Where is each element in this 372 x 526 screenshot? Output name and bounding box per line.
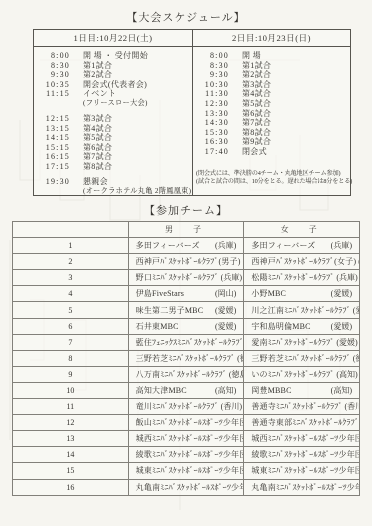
team-men-cell: 高知大津MBC(高知) bbox=[128, 382, 244, 398]
team-women-inner: 岡豊MBBC(高知) bbox=[247, 385, 356, 396]
schedule-row: 15:30第8試合 bbox=[193, 128, 350, 138]
team-women-inner: 西神戸ﾊﾞｽｹｯﾄﾎﾞｰﾙｸﾗﾌﾞ(女子)(兵庫) bbox=[247, 256, 356, 267]
schedule-event: 第6試合 bbox=[83, 143, 112, 153]
team-men-inner: 城東ﾐﾆﾊﾞｽｹｯﾄﾎﾞｰﾙｽﾎﾟｰﾂ少年団(丸亀) bbox=[132, 465, 241, 476]
team-men-inner: 高知大津MBC(高知) bbox=[132, 385, 241, 396]
team-women-cell: 善通寺ﾐﾆﾊﾞｽｹｯﾄﾎﾞｰﾙｸﾗﾌﾞ(香川) bbox=[244, 399, 360, 415]
schedule-row: 8:30第1試合 bbox=[193, 61, 350, 71]
team-row: 13城西ﾐﾆﾊﾞｽｹｯﾄﾎﾞｰﾙｽﾎﾟｰﾂ少年団(丸亀)城西ﾐﾆﾊﾞｽｹｯﾄﾎﾞ… bbox=[13, 431, 360, 447]
schedule-event: 閉会式 bbox=[242, 147, 267, 157]
schedule-time bbox=[34, 187, 70, 197]
team-men-inner: 多田フィーバーズ(兵庫) bbox=[132, 240, 241, 251]
team-women-cell: 宇和島明倫MBC(愛媛) bbox=[244, 318, 360, 334]
schedule-event: 第9試合 bbox=[242, 137, 271, 147]
team-men-cell: 八万南ﾐﾆﾊﾞｽｹｯﾄﾎﾞｰﾙｸﾗﾌﾞ(徳島) bbox=[128, 366, 244, 382]
schedule-day1-rows: 8:00開 場 ・ 受付開始8:30第1試合9:30第2試合10:35開会式(代… bbox=[34, 47, 192, 196]
schedule-time: 16:30 bbox=[193, 137, 229, 147]
team-row-number: 4 bbox=[13, 286, 129, 302]
team-men-prefecture: (高知) bbox=[213, 385, 236, 396]
team-men-cell: 綾歌ﾐﾆﾊﾞｽｹｯﾄﾎﾞｰﾙｽﾎﾟｰﾂ少年団(丸亀) bbox=[128, 447, 244, 463]
team-men-cell: 城西ﾐﾆﾊﾞｽｹｯﾄﾎﾞｰﾙｽﾎﾟｰﾂ少年団(丸亀) bbox=[128, 431, 244, 447]
schedule-row: 12:15第3試合 bbox=[34, 114, 192, 124]
schedule-row: 8:00開 場 ・ 受付開始 bbox=[34, 51, 192, 61]
team-women-prefecture: (高知) bbox=[329, 385, 352, 396]
schedule-event: 第7試合 bbox=[242, 118, 271, 128]
team-women-cell: 川之江南ﾐﾆﾊﾞｽｹｯﾄﾎﾞｰﾙｸﾗﾌﾞ(愛媛) bbox=[244, 302, 360, 318]
team-row: 14綾歌ﾐﾆﾊﾞｽｹｯﾄﾎﾞｰﾙｽﾎﾟｰﾂ少年団(丸亀)綾歌ﾐﾆﾊﾞｽｹｯﾄﾎﾞ… bbox=[13, 447, 360, 463]
team-row: 12飯山ﾐﾆﾊﾞｽｹｯﾄﾎﾞｰﾙｽﾎﾟｰﾂ少年団(丸亀)善通寺東部ﾐﾆﾊﾞｽｹｯ… bbox=[13, 415, 360, 431]
schedule-note-line: (閉会式には、準決勝の4チーム・丸亀地区チーム参加) bbox=[196, 170, 348, 178]
team-women-name: 多田フィーバーズ bbox=[251, 240, 315, 251]
team-row: 15城東ﾐﾆﾊﾞｽｹｯﾄﾎﾞｰﾙｽﾎﾟｰﾂ少年団(丸亀)城東ﾐﾆﾊﾞｽｹｯﾄﾎﾞ… bbox=[13, 463, 360, 479]
team-men-inner: 伊島FiveStars(岡山) bbox=[132, 288, 241, 299]
team-row-number: 12 bbox=[13, 415, 129, 431]
team-row-number: 13 bbox=[13, 431, 129, 447]
schedule-row: 9:30第2試合 bbox=[193, 70, 350, 80]
schedule-row: 19:30懇親会 bbox=[34, 177, 192, 187]
schedule-event: 第7試合 bbox=[83, 152, 112, 162]
teams-table-wrap: 男 子 女 子 1多田フィーバーズ(兵庫)多田フィーバーズ(兵庫)2西神戸ﾊﾞｽ… bbox=[12, 221, 360, 496]
team-women-prefecture: (香川) bbox=[359, 417, 360, 428]
team-women-prefecture: (高知) bbox=[334, 369, 357, 380]
team-women-inner: 善通寺東部ﾐﾆﾊﾞｽｹｯﾄﾎﾞｰﾙｸﾗﾌﾞ(香川) bbox=[247, 417, 356, 428]
team-men-name: 竜川ﾐﾆﾊﾞｽｹｯﾄﾎﾞｰﾙｸﾗﾌﾞ bbox=[136, 401, 219, 412]
schedule-time: 8:30 bbox=[193, 61, 229, 71]
schedule-event: 開会式(代表者会) bbox=[83, 80, 147, 90]
team-row: 7藍住ﾌｪﾆｯｸｽﾐﾆﾊﾞｽｹｯﾄﾎﾞｰﾙｸﾗﾌﾞ(徳島)愛南ﾐﾆﾊﾞｽｹｯﾄﾎ… bbox=[13, 334, 360, 350]
team-women-cell: 城東ﾐﾆﾊﾞｽｹｯﾄﾎﾞｰﾙｽﾎﾟｰﾂ少年団(丸亀) bbox=[244, 463, 360, 479]
schedule-row: 11:15イベント bbox=[34, 89, 192, 99]
schedule-row: (オークラホテル丸亀 2階鳳凰東) bbox=[34, 187, 192, 197]
schedule-time: 15:15 bbox=[34, 143, 70, 153]
team-women-inner: 小野MBC(愛媛) bbox=[247, 288, 356, 299]
schedule-time: 8:00 bbox=[193, 51, 229, 61]
schedule-time: 9:30 bbox=[193, 70, 229, 80]
team-row-number: 5 bbox=[13, 302, 129, 318]
teams-header-women: 女 子 bbox=[244, 222, 360, 238]
schedule-time: 9:30 bbox=[34, 70, 70, 80]
schedule-event: 第4試合 bbox=[242, 89, 271, 99]
team-men-inner: 城西ﾐﾆﾊﾞｽｹｯﾄﾎﾞｰﾙｽﾎﾟｰﾂ少年団(丸亀) bbox=[132, 433, 241, 444]
schedule-row: 12:30第5試合 bbox=[193, 99, 350, 109]
team-men-prefecture: (徳島) bbox=[227, 369, 244, 380]
team-men-prefecture: (兵庫) bbox=[213, 240, 236, 251]
team-row-number: 14 bbox=[13, 447, 129, 463]
schedule-row: 16:15第7試合 bbox=[34, 152, 192, 162]
team-row-number: 11 bbox=[13, 399, 129, 415]
team-women-name: 川之江南ﾐﾆﾊﾞｽｹｯﾄﾎﾞｰﾙｸﾗﾌﾞ bbox=[251, 305, 350, 316]
team-women-name: いのﾐﾆﾊﾞｽｹｯﾄﾎﾞｰﾙｸﾗﾌﾞ bbox=[251, 369, 334, 380]
team-women-name: 松陽ﾐﾆﾊﾞｽｹｯﾄﾎﾞｰﾙｸﾗﾌﾞ bbox=[251, 272, 334, 283]
team-men-inner: 丸亀南ﾐﾆﾊﾞｽｹｯﾄﾎﾞｰﾙｽﾎﾟｰﾂ少年団(丸亀) bbox=[132, 482, 241, 493]
team-women-prefecture: (愛媛) bbox=[334, 337, 357, 348]
schedule-time: 10:30 bbox=[193, 80, 229, 90]
team-women-prefecture: (香川) bbox=[343, 401, 360, 412]
schedule-time: 8:00 bbox=[34, 51, 70, 61]
team-men-prefecture: (愛媛) bbox=[213, 305, 236, 316]
schedule-time: 12:30 bbox=[193, 99, 229, 109]
team-men-name: 綾歌ﾐﾆﾊﾞｽｹｯﾄﾎﾞｰﾙｽﾎﾟｰﾂ少年団 bbox=[136, 449, 244, 460]
teams-table: 男 子 女 子 1多田フィーバーズ(兵庫)多田フィーバーズ(兵庫)2西神戸ﾊﾞｽ… bbox=[12, 221, 360, 496]
team-women-inner: 愛南ﾐﾆﾊﾞｽｹｯﾄﾎﾞｰﾙｸﾗﾌﾞ(愛媛) bbox=[247, 337, 356, 348]
team-men-inner: 味生第二男子MBC(愛媛) bbox=[132, 305, 241, 316]
schedule-event: イベント bbox=[83, 89, 116, 99]
schedule-event: 第3試合 bbox=[83, 114, 112, 124]
team-women-inner: 城東ﾐﾆﾊﾞｽｹｯﾄﾎﾞｰﾙｽﾎﾟｰﾂ少年団(丸亀) bbox=[247, 465, 356, 476]
team-men-cell: 伊島FiveStars(岡山) bbox=[128, 286, 244, 302]
team-men-inner: 野口ﾐﾆﾊﾞｽｹｯﾄﾎﾞｰﾙｸﾗﾌﾞ(兵庫) bbox=[132, 272, 241, 283]
team-men-inner: 三野若芝ﾐﾆﾊﾞｽｹｯﾄﾎﾞｰﾙｸﾗﾌﾞ(徳島) bbox=[132, 353, 241, 364]
team-women-name: 小野MBC bbox=[251, 288, 286, 299]
team-men-inner: 八万南ﾐﾆﾊﾞｽｹｯﾄﾎﾞｰﾙｸﾗﾌﾞ(徳島) bbox=[132, 369, 241, 380]
schedule-row: 10:30第3試合 bbox=[193, 80, 350, 90]
team-women-cell: 岡豊MBBC(高知) bbox=[244, 382, 360, 398]
schedule-day2-header: 2日目:10月23日(日) bbox=[193, 30, 350, 47]
schedule-event: 第2試合 bbox=[83, 70, 112, 80]
team-women-name: 西神戸ﾊﾞｽｹｯﾄﾎﾞｰﾙｸﾗﾌﾞ(女子) bbox=[251, 256, 356, 267]
team-row: 3野口ﾐﾆﾊﾞｽｹｯﾄﾎﾞｰﾙｸﾗﾌﾞ(兵庫)松陽ﾐﾆﾊﾞｽｹｯﾄﾎﾞｰﾙｸﾗﾌ… bbox=[13, 270, 360, 286]
schedule-event: 第3試合 bbox=[242, 80, 271, 90]
team-men-prefecture: (徳島) bbox=[235, 353, 244, 364]
team-women-inner: 丸亀南ﾐﾆﾊﾞｽｹｯﾄﾎﾞｰﾙｽﾎﾟｰﾂ少年団(丸亀) bbox=[247, 482, 356, 493]
schedule-time: 13:15 bbox=[34, 124, 70, 134]
team-men-cell: 味生第二男子MBC(愛媛) bbox=[128, 302, 244, 318]
team-women-name: 岡豊MBBC bbox=[251, 385, 291, 396]
team-row-number: 6 bbox=[13, 318, 129, 334]
schedule-time: 19:30 bbox=[34, 177, 70, 187]
schedule-time: 14:15 bbox=[34, 133, 70, 143]
team-men-name: 石井東MBC bbox=[136, 321, 179, 332]
team-women-inner: 三野若芝ﾐﾆﾊﾞｽｹｯﾄﾎﾞｰﾙｸﾗﾌﾞ(徳島) bbox=[247, 353, 356, 364]
team-women-prefecture: (愛媛) bbox=[329, 321, 352, 332]
team-women-inner: 松陽ﾐﾆﾊﾞｽｹｯﾄﾎﾞｰﾙｸﾗﾌﾞ(兵庫) bbox=[247, 272, 356, 283]
team-men-inner: 藍住ﾌｪﾆｯｸｽﾐﾆﾊﾞｽｹｯﾄﾎﾞｰﾙｸﾗﾌﾞ(徳島) bbox=[132, 337, 241, 348]
schedule-row: 13:15第4試合 bbox=[34, 124, 192, 134]
team-women-cell: 愛南ﾐﾆﾊﾞｽｹｯﾄﾎﾞｰﾙｸﾗﾌﾞ(愛媛) bbox=[244, 334, 360, 350]
team-row: 1多田フィーバーズ(兵庫)多田フィーバーズ(兵庫) bbox=[13, 238, 360, 254]
schedule-event: 第5試合 bbox=[242, 99, 271, 109]
team-women-prefecture: (愛媛) bbox=[351, 305, 360, 316]
schedule-time: 11:15 bbox=[34, 89, 70, 99]
team-row: 2西神戸ﾊﾞｽｹｯﾄﾎﾞｰﾙｸﾗﾌﾞ(男子)(兵庫)西神戸ﾊﾞｽｹｯﾄﾎﾞｰﾙｸ… bbox=[13, 254, 360, 270]
schedule-section-title: 【大会スケジュール】 bbox=[0, 9, 372, 25]
team-row: 11竜川ﾐﾆﾊﾞｽｹｯﾄﾎﾞｰﾙｸﾗﾌﾞ(香川)善通寺ﾐﾆﾊﾞｽｹｯﾄﾎﾞｰﾙｸ… bbox=[13, 399, 360, 415]
team-women-cell: いのﾐﾆﾊﾞｽｹｯﾄﾎﾞｰﾙｸﾗﾌﾞ(高知) bbox=[244, 366, 360, 382]
schedule-event: 第1試合 bbox=[242, 61, 271, 71]
team-row-number: 15 bbox=[13, 463, 129, 479]
schedule-row: 16:30第9試合 bbox=[193, 137, 350, 147]
team-women-cell: 小野MBC(愛媛) bbox=[244, 286, 360, 302]
team-row-number: 10 bbox=[13, 382, 129, 398]
team-women-cell: 西神戸ﾊﾞｽｹｯﾄﾎﾞｰﾙｸﾗﾌﾞ(女子)(兵庫) bbox=[244, 254, 360, 270]
team-women-prefecture: (兵庫) bbox=[356, 256, 359, 267]
team-row: 10高知大津MBC(高知)岡豊MBBC(高知) bbox=[13, 382, 360, 398]
team-women-inner: 善通寺ﾐﾆﾊﾞｽｹｯﾄﾎﾞｰﾙｸﾗﾌﾞ(香川) bbox=[247, 401, 356, 412]
team-row: 9八万南ﾐﾆﾊﾞｽｹｯﾄﾎﾞｰﾙｸﾗﾌﾞ(徳島)いのﾐﾆﾊﾞｽｹｯﾄﾎﾞｰﾙｸﾗ… bbox=[13, 366, 360, 382]
team-men-prefecture: (愛媛) bbox=[213, 321, 236, 332]
team-women-name: 三野若芝ﾐﾆﾊﾞｽｹｯﾄﾎﾞｰﾙｸﾗﾌﾞ bbox=[251, 353, 350, 364]
team-men-name: 丸亀南ﾐﾆﾊﾞｽｹｯﾄﾎﾞｰﾙｽﾎﾟｰﾂ少年団 bbox=[136, 482, 244, 493]
team-women-cell: 多田フィーバーズ(兵庫) bbox=[244, 238, 360, 254]
team-men-prefecture: (兵庫) bbox=[219, 272, 242, 283]
schedule-event: 第5試合 bbox=[83, 133, 112, 143]
team-men-cell: 西神戸ﾊﾞｽｹｯﾄﾎﾞｰﾙｸﾗﾌﾞ(男子)(兵庫) bbox=[128, 254, 244, 270]
schedule-row: 8:30第1試合 bbox=[34, 61, 192, 71]
team-men-name: 三野若芝ﾐﾆﾊﾞｽｹｯﾄﾎﾞｰﾙｸﾗﾌﾞ bbox=[136, 353, 235, 364]
schedule-day1-column: 1日目:10月22日(土) 8:00開 場 ・ 受付開始8:30第1試合9:30… bbox=[34, 30, 192, 195]
team-row: 6石井東MBC(愛媛)宇和島明倫MBC(愛媛) bbox=[13, 318, 360, 334]
team-women-inner: 綾歌ﾐﾆﾊﾞｽｹｯﾄﾎﾞｰﾙｽﾎﾟｰﾂ少年団(丸亀) bbox=[247, 449, 356, 460]
team-row-number: 9 bbox=[13, 366, 129, 382]
team-women-cell: 綾歌ﾐﾆﾊﾞｽｹｯﾄﾎﾞｰﾙｽﾎﾟｰﾂ少年団(丸亀) bbox=[244, 447, 360, 463]
team-row-number: 1 bbox=[13, 238, 129, 254]
scanned-document-page: 【大会スケジュール】 1日目:10月22日(土) 8:00開 場 ・ 受付開始8… bbox=[0, 0, 372, 526]
team-men-name: 高知大津MBC bbox=[136, 385, 187, 396]
schedule-day2-column: 2日目:10月23日(日) 8:00開 場8:30第1試合9:30第2試合10:… bbox=[192, 30, 350, 195]
team-women-name: 愛南ﾐﾆﾊﾞｽｹｯﾄﾎﾞｰﾙｸﾗﾌﾞ bbox=[251, 337, 334, 348]
schedule-row: 17:15第8試合 bbox=[34, 162, 192, 172]
team-women-name: 綾歌ﾐﾆﾊﾞｽｹｯﾄﾎﾞｰﾙｽﾎﾟｰﾂ少年団 bbox=[251, 449, 359, 460]
team-women-cell: 松陽ﾐﾆﾊﾞｽｹｯﾄﾎﾞｰﾙｸﾗﾌﾞ(兵庫) bbox=[244, 270, 360, 286]
team-men-name: 伊島FiveStars bbox=[136, 288, 184, 299]
teams-header-row: 男 子 女 子 bbox=[13, 222, 360, 238]
schedule-event: 開 場 bbox=[242, 51, 261, 61]
schedule-event: 開 場 ・ 受付開始 bbox=[83, 51, 148, 61]
team-women-prefecture: (徳島) bbox=[351, 353, 360, 364]
schedule-table: 1日目:10月22日(土) 8:00開 場 ・ 受付開始8:30第1試合9:30… bbox=[33, 29, 351, 196]
team-men-name: 八万南ﾐﾆﾊﾞｽｹｯﾄﾎﾞｰﾙｸﾗﾌﾞ bbox=[136, 369, 227, 380]
team-women-cell: 三野若芝ﾐﾆﾊﾞｽｹｯﾄﾎﾞｰﾙｸﾗﾌﾞ(徳島) bbox=[244, 350, 360, 366]
schedule-row: 14:30第7試合 bbox=[193, 118, 350, 128]
team-women-prefecture: (兵庫) bbox=[329, 240, 352, 251]
team-men-cell: 三野若芝ﾐﾆﾊﾞｽｹｯﾄﾎﾞｰﾙｸﾗﾌﾞ(徳島) bbox=[128, 350, 244, 366]
team-men-prefecture: (岡山) bbox=[213, 288, 236, 299]
team-men-cell: 城東ﾐﾆﾊﾞｽｹｯﾄﾎﾞｰﾙｽﾎﾟｰﾂ少年団(丸亀) bbox=[128, 463, 244, 479]
team-women-name: 丸亀南ﾐﾆﾊﾞｽｹｯﾄﾎﾞｰﾙｽﾎﾟｰﾂ少年団 bbox=[251, 482, 359, 493]
schedule-event: 第4試合 bbox=[83, 124, 112, 134]
schedule-row: 8:00開 場 bbox=[193, 51, 350, 61]
schedule-time: 8:30 bbox=[34, 61, 70, 71]
schedule-time: 12:15 bbox=[34, 114, 70, 124]
team-women-inner: いのﾐﾆﾊﾞｽｹｯﾄﾎﾞｰﾙｸﾗﾌﾞ(高知) bbox=[247, 369, 356, 380]
schedule-event: 第2試合 bbox=[242, 70, 271, 80]
schedule-time bbox=[34, 99, 70, 109]
team-men-cell: 藍住ﾌｪﾆｯｸｽﾐﾆﾊﾞｽｹｯﾄﾎﾞｰﾙｸﾗﾌﾞ(徳島) bbox=[128, 334, 244, 350]
schedule-time: 17:40 bbox=[193, 147, 229, 157]
schedule-event: 懇親会 bbox=[83, 177, 108, 187]
team-row: 5味生第二男子MBC(愛媛)川之江南ﾐﾆﾊﾞｽｹｯﾄﾎﾞｰﾙｸﾗﾌﾞ(愛媛) bbox=[13, 302, 360, 318]
team-women-name: 善通寺東部ﾐﾆﾊﾞｽｹｯﾄﾎﾞｰﾙｸﾗﾌﾞ bbox=[251, 417, 359, 428]
schedule-row: 10:35開会式(代表者会) bbox=[34, 80, 192, 90]
schedule-row: 17:40閉会式 bbox=[193, 147, 350, 157]
team-row: 16丸亀南ﾐﾆﾊﾞｽｹｯﾄﾎﾞｰﾙｽﾎﾟｰﾂ少年団(丸亀)丸亀南ﾐﾆﾊﾞｽｹｯﾄ… bbox=[13, 479, 360, 495]
team-women-cell: 丸亀南ﾐﾆﾊﾞｽｹｯﾄﾎﾞｰﾙｽﾎﾟｰﾂ少年団(丸亀) bbox=[244, 479, 360, 495]
team-women-inner: 多田フィーバーズ(兵庫) bbox=[247, 240, 356, 251]
schedule-row: 13:30第6試合 bbox=[193, 109, 350, 119]
team-row-number: 3 bbox=[13, 270, 129, 286]
team-men-name: 城東ﾐﾆﾊﾞｽｹｯﾄﾎﾞｰﾙｽﾎﾟｰﾂ少年団 bbox=[136, 465, 244, 476]
schedule-event: (フリースロー大会) bbox=[83, 99, 148, 109]
teams-section-title: 【参加チーム】 bbox=[0, 202, 372, 218]
team-men-cell: 丸亀南ﾐﾆﾊﾞｽｹｯﾄﾎﾞｰﾙｽﾎﾟｰﾂ少年団(丸亀) bbox=[128, 479, 244, 495]
teams-header-blank bbox=[13, 222, 129, 238]
team-women-prefecture: (愛媛) bbox=[329, 288, 352, 299]
team-row-number: 16 bbox=[13, 479, 129, 495]
schedule-event: (オークラホテル丸亀 2階鳳凰東) bbox=[83, 187, 191, 197]
team-men-name: 藍住ﾌｪﾆｯｸｽﾐﾆﾊﾞｽｹｯﾄﾎﾞｰﾙｸﾗﾌﾞ bbox=[136, 337, 244, 348]
team-men-inner: 綾歌ﾐﾆﾊﾞｽｹｯﾄﾎﾞｰﾙｽﾎﾟｰﾂ少年団(丸亀) bbox=[132, 449, 241, 460]
team-men-name: 野口ﾐﾆﾊﾞｽｹｯﾄﾎﾞｰﾙｸﾗﾌﾞ bbox=[136, 272, 219, 283]
team-men-name: 西神戸ﾊﾞｽｹｯﾄﾎﾞｰﾙｸﾗﾌﾞ(男子) bbox=[136, 256, 241, 267]
schedule-time: 16:15 bbox=[34, 152, 70, 162]
team-men-name: 味生第二男子MBC bbox=[136, 305, 204, 316]
schedule-time: 15:30 bbox=[193, 128, 229, 138]
team-men-cell: 飯山ﾐﾆﾊﾞｽｹｯﾄﾎﾞｰﾙｽﾎﾟｰﾂ少年団(丸亀) bbox=[128, 415, 244, 431]
schedule-time: 11:30 bbox=[193, 89, 229, 99]
team-men-inner: 石井東MBC(愛媛) bbox=[132, 321, 241, 332]
team-men-name: 城西ﾐﾆﾊﾞｽｹｯﾄﾎﾞｰﾙｽﾎﾟｰﾂ少年団 bbox=[136, 433, 244, 444]
schedule-time: 13:30 bbox=[193, 109, 229, 119]
schedule-time: 14:30 bbox=[193, 118, 229, 128]
team-women-cell: 城西ﾐﾆﾊﾞｽｹｯﾄﾎﾞｰﾙｽﾎﾟｰﾂ少年団(丸亀) bbox=[244, 431, 360, 447]
schedule-row: 9:30第2試合 bbox=[34, 70, 192, 80]
schedule-event: 第8試合 bbox=[242, 128, 271, 138]
schedule-time: 10:35 bbox=[34, 80, 70, 90]
team-men-cell: 竜川ﾐﾆﾊﾞｽｹｯﾄﾎﾞｰﾙｸﾗﾌﾞ(香川) bbox=[128, 399, 244, 415]
team-women-name: 城西ﾐﾆﾊﾞｽｹｯﾄﾎﾞｰﾙｽﾎﾟｰﾂ少年団 bbox=[251, 433, 359, 444]
team-women-name: 宇和島明倫MBC bbox=[251, 321, 310, 332]
team-row: 4伊島FiveStars(岡山)小野MBC(愛媛) bbox=[13, 286, 360, 302]
team-women-inner: 宇和島明倫MBC(愛媛) bbox=[247, 321, 356, 332]
team-men-cell: 野口ﾐﾆﾊﾞｽｹｯﾄﾎﾞｰﾙｸﾗﾌﾞ(兵庫) bbox=[128, 270, 244, 286]
schedule-event: 第8試合 bbox=[83, 162, 112, 172]
team-men-name: 多田フィーバーズ bbox=[136, 240, 200, 251]
team-row-number: 8 bbox=[13, 350, 129, 366]
schedule-day1-header: 1日目:10月22日(土) bbox=[34, 30, 192, 47]
team-women-cell: 善通寺東部ﾐﾆﾊﾞｽｹｯﾄﾎﾞｰﾙｸﾗﾌﾞ(香川) bbox=[244, 415, 360, 431]
teams-header-men: 男 子 bbox=[128, 222, 244, 238]
schedule-row: 14:15第5試合 bbox=[34, 133, 192, 143]
schedule-event: 第1試合 bbox=[83, 61, 112, 71]
team-row-number: 2 bbox=[13, 254, 129, 270]
schedule-time: 17:15 bbox=[34, 162, 70, 172]
team-men-cell: 多田フィーバーズ(兵庫) bbox=[128, 238, 244, 254]
team-women-inner: 城西ﾐﾆﾊﾞｽｹｯﾄﾎﾞｰﾙｽﾎﾟｰﾂ少年団(丸亀) bbox=[247, 433, 356, 444]
team-men-inner: 竜川ﾐﾆﾊﾞｽｹｯﾄﾎﾞｰﾙｸﾗﾌﾞ(香川) bbox=[132, 401, 241, 412]
team-men-inner: 西神戸ﾊﾞｽｹｯﾄﾎﾞｰﾙｸﾗﾌﾞ(男子)(兵庫) bbox=[132, 256, 241, 267]
team-row: 8三野若芝ﾐﾆﾊﾞｽｹｯﾄﾎﾞｰﾙｸﾗﾌﾞ(徳島)三野若芝ﾐﾆﾊﾞｽｹｯﾄﾎﾞｰ… bbox=[13, 350, 360, 366]
schedule-row: (フリースロー大会) bbox=[34, 99, 192, 109]
team-men-prefecture: (香川) bbox=[219, 401, 242, 412]
team-men-cell: 石井東MBC(愛媛) bbox=[128, 318, 244, 334]
team-women-inner: 川之江南ﾐﾆﾊﾞｽｹｯﾄﾎﾞｰﾙｸﾗﾌﾞ(愛媛) bbox=[247, 305, 356, 316]
team-women-name: 善通寺ﾐﾆﾊﾞｽｹｯﾄﾎﾞｰﾙｸﾗﾌﾞ bbox=[251, 401, 342, 412]
schedule-note-line: (試合と試合の間は、10分をとる。遅れた場合は8分をとる) bbox=[196, 178, 348, 186]
team-men-inner: 飯山ﾐﾆﾊﾞｽｹｯﾄﾎﾞｰﾙｽﾎﾟｰﾂ少年団(丸亀) bbox=[132, 417, 241, 428]
schedule-notes: (閉会式には、準決勝の4チーム・丸亀地区チーム参加)(試合と試合の間は、10分を… bbox=[193, 170, 350, 190]
schedule-event: 第6試合 bbox=[242, 109, 271, 119]
schedule-day2-rows: 8:00開 場8:30第1試合9:30第2試合10:30第3試合11:30第4試… bbox=[193, 47, 350, 195]
schedule-row: 15:15第6試合 bbox=[34, 143, 192, 153]
team-men-name: 飯山ﾐﾆﾊﾞｽｹｯﾄﾎﾞｰﾙｽﾎﾟｰﾂ少年団 bbox=[136, 417, 244, 428]
team-women-name: 城東ﾐﾆﾊﾞｽｹｯﾄﾎﾞｰﾙｽﾎﾟｰﾂ少年団 bbox=[251, 465, 359, 476]
team-row-number: 7 bbox=[13, 334, 129, 350]
team-women-prefecture: (兵庫) bbox=[334, 272, 357, 283]
schedule-row: 11:30第4試合 bbox=[193, 89, 350, 99]
